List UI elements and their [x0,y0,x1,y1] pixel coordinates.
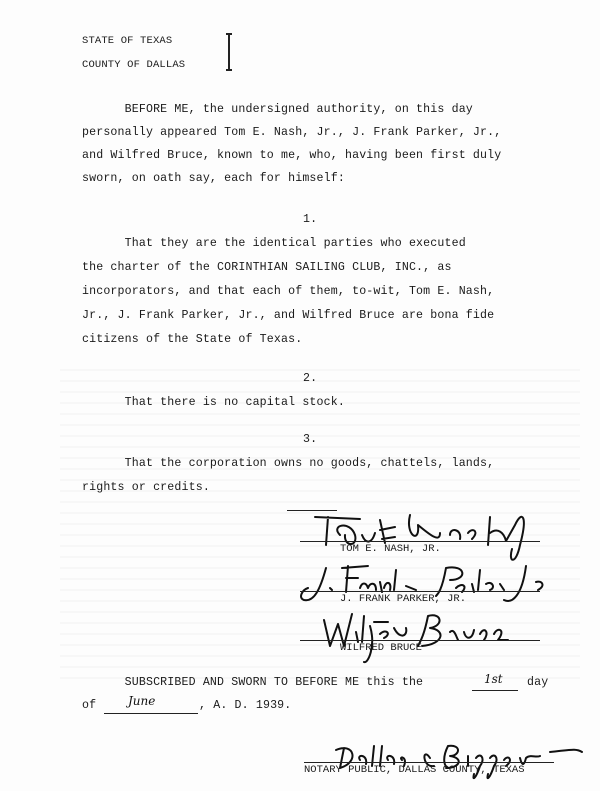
section-line: the charter of the CORINTHIAN SAILING CL… [82,261,452,274]
section-line: rights or credits. [82,481,210,494]
jurat-day-value: 1st [484,672,503,686]
jurat-month-value: June [128,694,155,708]
jurat-year: , A. D. 1939. [199,699,291,712]
section-line: citizens of the State of Texas. [82,333,302,346]
signatory-name: J. FRANK PARKER, JR. [340,593,466,605]
section-line: That the corporation owns no goods, chat… [82,457,494,470]
signature-line [300,541,540,542]
section-line: That they are the identical parties who … [82,237,466,250]
signature-bruce [318,606,528,666]
signature-line [300,640,540,641]
affidavit-page: STATE OF TEXAS COUNTY OF DALLAS BEFORE M… [0,0,600,791]
section-line: incorporators, and that each of them, to… [82,285,494,298]
signature-line [300,591,540,592]
preamble-line: personally appeared Tom E. Nash, Jr., J.… [82,126,501,139]
section-number: 2. [303,372,317,385]
section-line: Jr., J. Frank Parker, Jr., and Wilfred B… [82,309,494,322]
section-number: 1. [303,213,317,226]
day-blank [472,690,518,691]
preamble-line: and Wilfred Bruce, known to me, who, hav… [82,149,501,162]
signatory-name: WILFRED BRUCE [340,642,422,654]
preamble-line: BEFORE ME, the undersigned authority, on… [82,103,473,116]
jurat-line-1: SUBSCRIBED AND SWORN TO BEFORE ME this t… [82,676,423,689]
section-line: That there is no capital stock. [82,396,345,409]
jurat-day-label: day [527,676,548,689]
venue-state: STATE OF TEXAS [82,35,172,47]
notary-signature-line [304,762,554,763]
signatory-name: TOM E. NASH, JR. [340,543,441,555]
month-blank [104,713,198,714]
section-number: 3. [303,433,317,446]
venue-bracket [228,33,232,71]
preamble-line: sworn, on oath say, each for himself: [82,172,345,185]
jurat-of-label: of [82,699,96,712]
notary-title: NOTARY PUBLIC, DALLAS COUNTY, TEXAS [304,764,525,776]
signature-notary [330,738,590,788]
venue-county: COUNTY OF DALLAS [82,59,185,71]
